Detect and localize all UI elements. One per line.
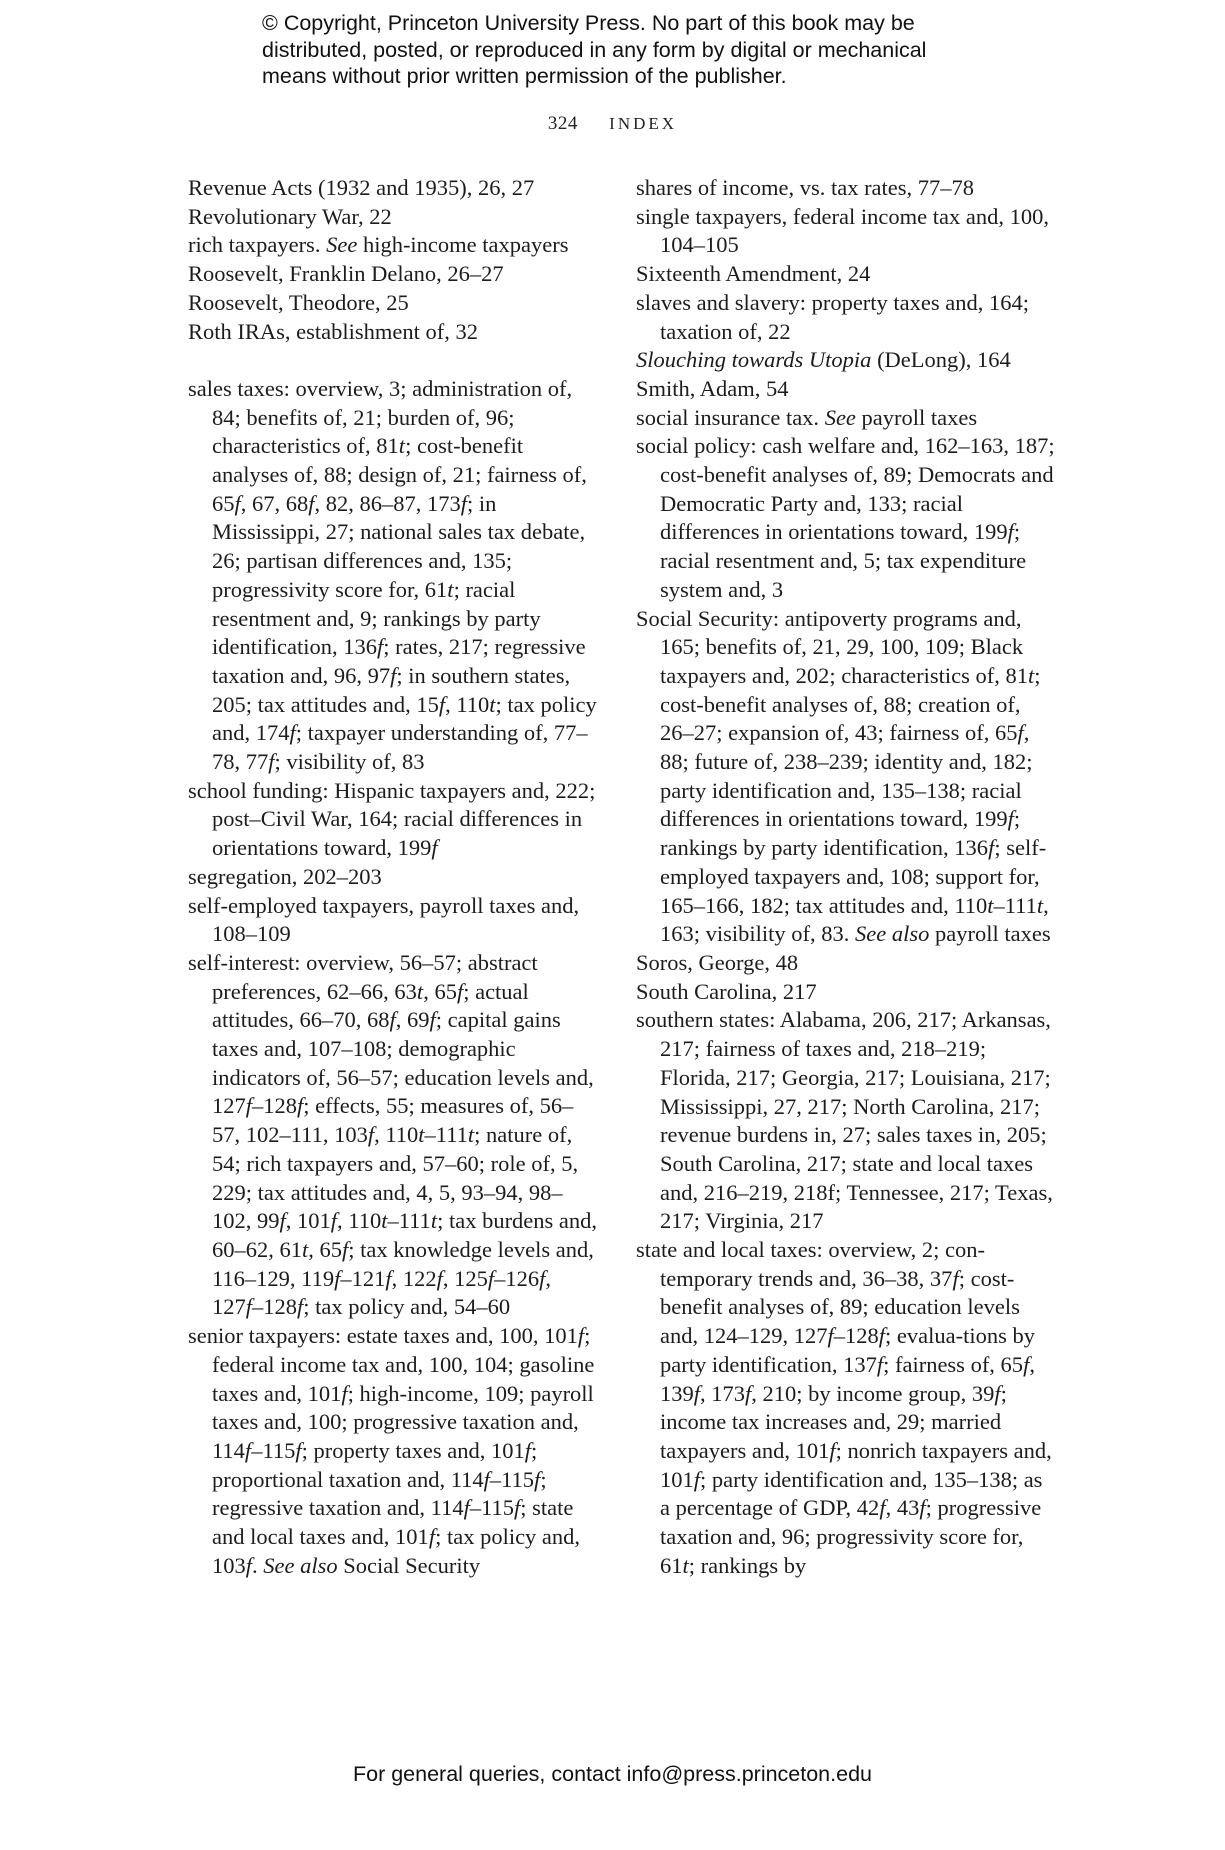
index-entry: single taxpayers, federal income tax and… [636,203,1056,260]
index-entry: rich taxpayers. See high-income taxpayer… [188,231,598,260]
index-column-left: Revenue Acts (1932 and 1935), 26, 27Revo… [188,174,598,1580]
index-entry: sales taxes: overview, 3; administration… [188,375,598,777]
index-entry: self-interest: overview, 56–57; abstract… [188,949,598,1322]
copyright-line: means without prior written permission o… [262,63,982,90]
index-entry: self-employed taxpayers, payroll taxes a… [188,892,598,949]
index-entry: state and local taxes: overview, 2; con-… [636,1236,1056,1580]
index-entry: senior taxpayers: estate taxes and, 100,… [188,1322,598,1580]
index-entry: shares of income, vs. tax rates, 77–78 [636,174,1056,203]
index-entry: Revenue Acts (1932 and 1935), 26, 27 [188,174,598,203]
section-title: INDEX [609,114,677,133]
index-entry: Sixteenth Amendment, 24 [636,260,1056,289]
index-entry: slaves and slavery: property taxes and, … [636,289,1056,346]
contact-footer: For general queries, contact info@press.… [0,1762,1225,1787]
index-entry: southern states: Alabama, 206, 217; Arka… [636,1006,1056,1236]
index-entry: Roosevelt, Franklin Delano, 26–27 [188,260,598,289]
index-entry: school funding: Hispanic taxpayers and, … [188,777,598,863]
index-entry: Slouching towards Utopia (DeLong), 164 [636,346,1056,375]
running-head: 324 INDEX [0,113,1225,135]
letter-group-gap [188,346,598,375]
index-entry: Roth IRAs, establishment of, 32 [188,318,598,347]
index-entry: segregation, 202–203 [188,863,598,892]
copyright-notice: © Copyright, Princeton University Press.… [262,10,982,90]
index-entry: social policy: cash welfare and, 162–163… [636,432,1056,604]
page-number: 324 [548,113,578,134]
index-entry: social insurance tax. See payroll taxes [636,404,1056,433]
index-column-right: shares of income, vs. tax rates, 77–78si… [636,174,1056,1580]
index-entry: Revolutionary War, 22 [188,203,598,232]
index-entry: Soros, George, 48 [636,949,1056,978]
index-entry: Social Security: antipoverty programs an… [636,605,1056,949]
copyright-line: © Copyright, Princeton University Press.… [262,10,982,37]
index-entry: Roosevelt, Theodore, 25 [188,289,598,318]
index-entry: Smith, Adam, 54 [636,375,1056,404]
contact-text: For general queries, contact info@press.… [353,1762,872,1786]
index-entry: South Carolina, 217 [636,978,1056,1007]
copyright-line: distributed, posted, or reproduced in an… [262,37,982,64]
